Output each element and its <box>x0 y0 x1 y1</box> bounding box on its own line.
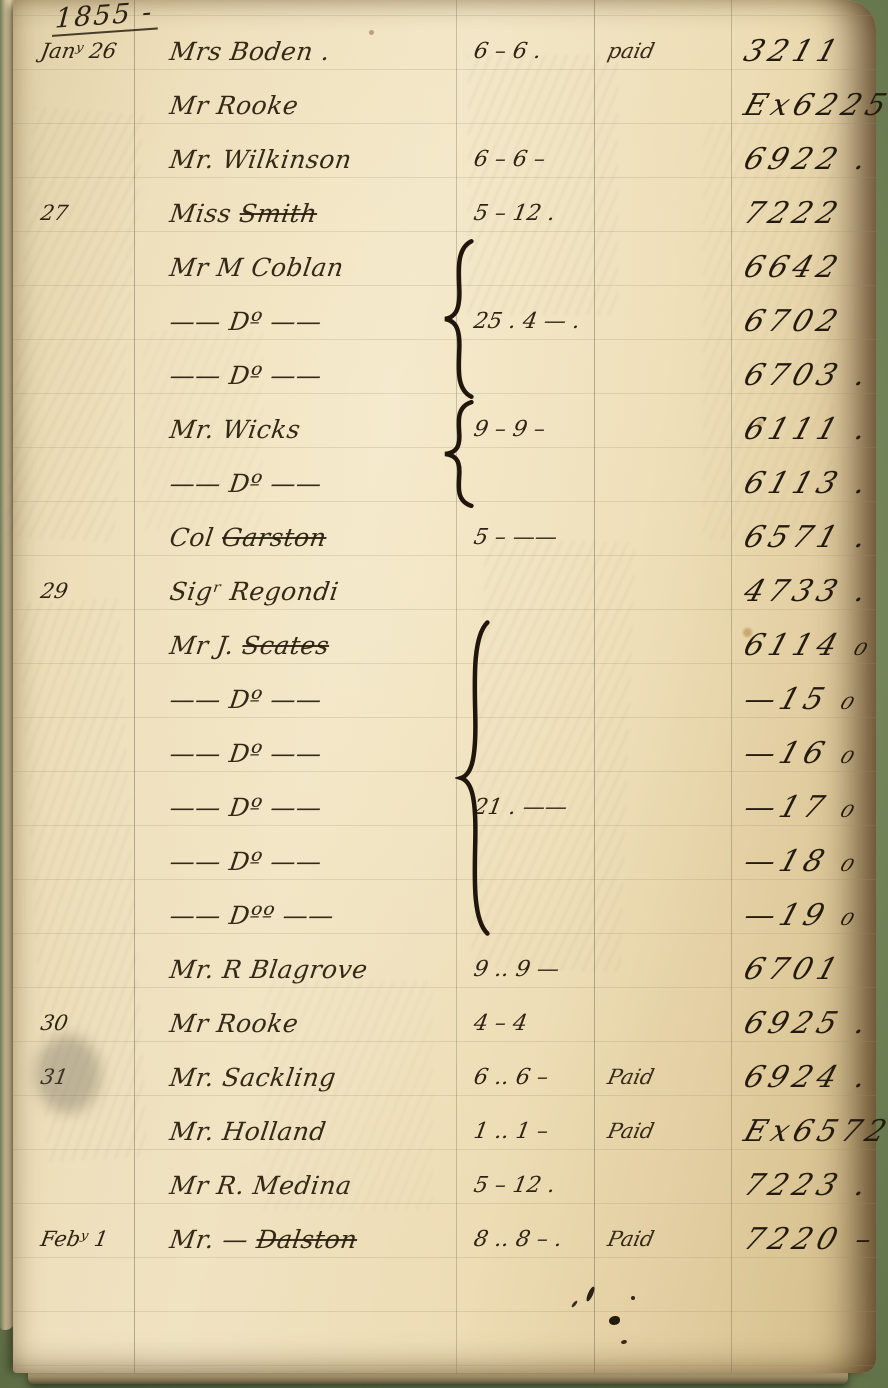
name-text: Mr. Holland <box>168 1117 328 1146</box>
name-cell: —— Dº —— <box>132 361 458 390</box>
name-cell: Mr J. Scates <box>132 631 458 660</box>
name-struck-text: Dalston <box>255 1225 360 1254</box>
name-text: —— Dº —— <box>168 685 324 714</box>
ledger-row: —— Dº ——6703 . <box>13 348 888 402</box>
amount-cell: 9 – 9 – <box>454 417 596 442</box>
name-text: Mrs Boden . <box>168 37 332 66</box>
serial-number-cell: Ex6225 <box>726 88 888 123</box>
name-cell: Mr. Wilkinson <box>132 145 458 174</box>
serial-number-cell: 6924 . <box>726 1060 888 1095</box>
name-text: —— Dº —— <box>168 793 324 822</box>
serial-number-cell: —19 ₀ <box>726 898 888 933</box>
ink-smudge <box>631 1296 635 1300</box>
name-cell: Col Garston <box>132 523 458 552</box>
name-cell: Sigʳ Regondi <box>132 577 458 606</box>
ledger-row: 27Miss Smith5 – 12 .7222 <box>13 186 888 240</box>
name-cell: Mrs Boden . <box>132 37 458 66</box>
ledger-row: —— Dº ——21 . ———17 ₀ <box>13 780 888 834</box>
name-text: Mr. Wilkinson <box>168 145 354 174</box>
serial-number-cell: —15 ₀ <box>726 682 888 717</box>
name-text: Mr. — <box>168 1225 259 1254</box>
serial-number-cell: 7220 – <box>726 1222 888 1257</box>
amount-cell: 4 – 4 <box>454 1011 596 1036</box>
serial-number-cell: 6111 . <box>726 412 888 447</box>
serial-number-cell: 6922 . <box>726 142 888 177</box>
ledger-row: Mr RookeEx6225 <box>13 78 888 132</box>
name-text: —— Dº —— <box>168 307 324 336</box>
name-text: Col <box>168 523 224 552</box>
name-cell: Miss Smith <box>132 199 458 228</box>
name-text: —— Dº —— <box>168 739 324 768</box>
ledger-row: 29Sigʳ Regondi4733 . <box>13 564 888 618</box>
serial-number-cell: —16 ₀ <box>726 736 888 771</box>
serial-number-cell: 6702 <box>726 304 888 339</box>
serial-number-cell: 6642 <box>726 250 888 285</box>
ledger-row: Mr M Coblan6642 <box>13 240 888 294</box>
name-cell: —— Dº —— <box>132 847 458 876</box>
serial-number-cell: —18 ₀ <box>726 844 888 879</box>
ledger-row: 30Mr Rooke4 – 46925 . <box>13 996 888 1050</box>
amount-cell: 8 .. 8 – . <box>454 1227 596 1252</box>
name-cell: —— Dº —— <box>132 685 458 714</box>
name-cell: Mr M Coblan <box>132 253 458 282</box>
ledger-row: —— Dº ——6113 . <box>13 456 888 510</box>
name-cell: Mr Rooke <box>132 1009 458 1038</box>
name-text: Miss <box>168 199 242 228</box>
name-text: —— Dº —— <box>168 469 324 498</box>
name-text: Mr J. <box>168 631 245 660</box>
serial-number-cell: Ex6572 <box>726 1114 888 1149</box>
paid-cell: Paid <box>591 1119 733 1143</box>
serial-number-cell: 6703 . <box>726 358 888 393</box>
name-cell: Mr R. Medina <box>132 1171 458 1200</box>
name-cell: —— Dºº —— <box>132 901 458 930</box>
name-text: —— Dº —— <box>168 361 324 390</box>
ledger-row: Febʸ 1Mr. — Dalston8 .. 8 – .Paid7220 – <box>13 1212 888 1266</box>
scanned-ledger-photo: 1855 - Janʸ 26Mrs Boden .6 – 6 .paid3211… <box>0 0 888 1388</box>
amount-cell: 5 – 12 . <box>454 1173 596 1198</box>
ledger-row: —— Dºº ———19 ₀ <box>13 888 888 942</box>
name-struck-text: Garston <box>220 523 328 552</box>
amount-cell: 1 .. 1 – <box>454 1119 596 1144</box>
serial-number-cell: 6571 . <box>726 520 888 555</box>
name-text: Mr. Sackling <box>168 1063 338 1092</box>
ink-smudge <box>571 1300 578 1308</box>
date-cell: 29 <box>11 579 136 603</box>
amount-cell: 5 – —— <box>454 525 596 550</box>
ledger-row: Janʸ 26Mrs Boden .6 – 6 .paid3211 <box>13 24 888 78</box>
name-struck-text: Scates <box>240 631 331 660</box>
ledger-row: Mr. Wilkinson6 – 6 –6922 . <box>13 132 888 186</box>
name-cell: Mr. Wicks <box>132 415 458 444</box>
name-cell: Mr. — Dalston <box>132 1225 458 1254</box>
ledger-row: —— Dº ——25 . 4 — .6702 <box>13 294 888 348</box>
name-cell: Mr. Sackling <box>132 1063 458 1092</box>
name-cell: Mr Rooke <box>132 91 458 120</box>
name-text: Mr R. Medina <box>168 1171 354 1200</box>
ledger-page: 1855 - Janʸ 26Mrs Boden .6 – 6 .paid3211… <box>13 0 876 1373</box>
amount-cell: 5 – 12 . <box>454 201 596 226</box>
serial-number-cell: 3211 <box>726 34 888 69</box>
name-text: Mr. R Blagrove <box>168 955 370 984</box>
amount-cell: 9 .. 9 — <box>454 957 596 982</box>
serial-number-cell: 6701 <box>726 952 888 987</box>
ink-smudge <box>609 1316 620 1325</box>
date-cell: 27 <box>11 201 136 225</box>
ledger-row: Mr. R Blagrove9 .. 9 —6701 <box>13 942 888 996</box>
name-struck-text: Smith <box>238 199 320 228</box>
amount-cell: 6 .. 6 – <box>454 1065 596 1090</box>
name-cell: —— Dº —— <box>132 739 458 768</box>
ledger-row: Mr J. Scates6114 ₀ <box>13 618 888 672</box>
serial-number-cell: —17 ₀ <box>726 790 888 825</box>
ledger-row: Col Garston5 – ——6571 . <box>13 510 888 564</box>
serial-number-cell: 7222 <box>726 196 888 231</box>
ink-smudge <box>621 1339 628 1344</box>
ledger-row: Mr R. Medina5 – 12 .7223 . <box>13 1158 888 1212</box>
name-cell: —— Dº —— <box>132 793 458 822</box>
date-cell: 31 <box>11 1065 136 1089</box>
ledger-row: Mr. Holland1 .. 1 –PaidEx6572 <box>13 1104 888 1158</box>
serial-number-cell: 6925 . <box>726 1006 888 1041</box>
name-text: —— Dº —— <box>168 847 324 876</box>
ledger-row: Mr. Wicks9 – 9 –6111 . <box>13 402 888 456</box>
name-cell: Mr. Holland <box>132 1117 458 1146</box>
ledger-row: —— Dº ———16 ₀ <box>13 726 888 780</box>
paid-cell: Paid <box>591 1227 733 1251</box>
serial-number-cell: 7223 . <box>726 1168 888 1203</box>
ledger-row: —— Dº ———15 ₀ <box>13 672 888 726</box>
amount-cell: 6 – 6 . <box>454 39 596 64</box>
name-cell: —— Dº —— <box>132 307 458 336</box>
date-cell: 30 <box>11 1011 136 1035</box>
ledger-row: 31Mr. Sackling6 .. 6 –Paid6924 . <box>13 1050 888 1104</box>
serial-number-cell: 6113 . <box>726 466 888 501</box>
amount-cell: 25 . 4 — . <box>454 309 596 334</box>
serial-number-cell: 4733 . <box>726 574 888 609</box>
name-text: Mr Rooke <box>168 91 300 120</box>
name-cell: Mr. R Blagrove <box>132 955 458 984</box>
name-text: Mr. Wicks <box>168 415 303 444</box>
paid-cell: paid <box>591 39 733 63</box>
date-cell: Febʸ 1 <box>11 1227 136 1251</box>
amount-cell: 21 . —— <box>454 795 596 820</box>
serial-number-cell: 6114 ₀ <box>726 628 888 663</box>
name-text: Mr Rooke <box>168 1009 300 1038</box>
name-cell: —— Dº —— <box>132 469 458 498</box>
name-text: Sigʳ Regondi <box>168 577 341 606</box>
date-cell: Janʸ 26 <box>11 39 136 63</box>
name-text: Mr M Coblan <box>168 253 346 282</box>
amount-cell: 6 – 6 – <box>454 147 596 172</box>
paid-cell: Paid <box>591 1065 733 1089</box>
ledger-row: —— Dº ———18 ₀ <box>13 834 888 888</box>
name-text: —— Dºº —— <box>168 901 336 930</box>
